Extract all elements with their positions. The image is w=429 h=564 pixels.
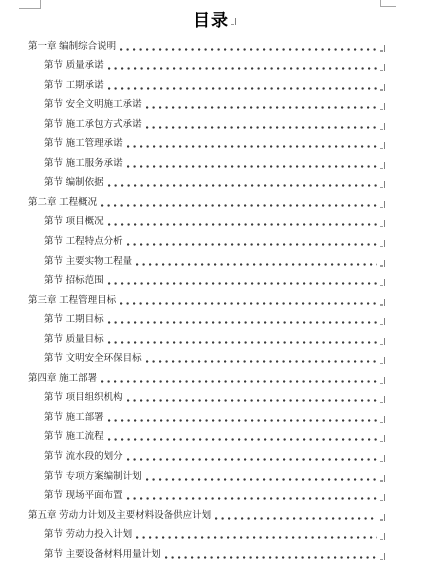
dot-leader-icon [146,360,377,363]
dot-leader-icon [108,184,377,187]
paragraph-mark-icon [380,240,385,247]
toc-entry[interactable]: 第节 流水段的划分 [0,445,429,465]
dot-leader-icon [108,223,377,226]
toc-entry[interactable]: 第一章 编制综合说明 [0,35,429,55]
toc-entry-label: 第二章 工程概况 [28,197,97,208]
paragraph-mark-icon [380,123,385,130]
dot-leader-icon [146,106,377,109]
toc-entry-label: 第节 质量承诺 [44,60,104,71]
toc-entry[interactable]: 第五章 劳动力计划及主要材料设备供应计划 [0,504,429,524]
toc-entry-label: 第节 主要设备材料用量计划 [44,549,161,560]
toc-entry[interactable]: 第节 施工管理承诺 [0,133,429,153]
toc-entry-label: 第节 编制依据 [44,177,104,188]
toc-entry[interactable]: 第节 项目组织机构 [0,387,429,407]
dot-leader-icon [215,517,377,520]
paragraph-mark-icon [380,338,385,345]
toc-entry-label: 第三章 工程管理目标 [28,295,116,306]
toc-entry[interactable]: 第节 文明安全环保目标 [0,348,429,368]
text-boundary-mark-top-left-icon [19,0,41,9]
dot-leader-icon [108,87,377,90]
dot-leader-icon [127,243,377,246]
paragraph-mark-icon [380,103,385,110]
dot-leader-icon [127,458,377,461]
dot-leader-icon [127,399,377,402]
paragraph-mark-icon [380,299,385,306]
dot-leader-icon [108,67,377,70]
toc-entry-label: 第节 工期目标 [44,314,104,325]
toc-entry-label: 第节 安全文明施工承诺 [44,99,142,110]
paragraph-mark-icon [380,142,385,149]
toc-entry[interactable]: 第节 质量承诺 [0,55,429,75]
toc-entry-label: 第节 施工部署 [44,412,104,423]
toc-entry[interactable]: 第节 施工服务承诺 [0,152,429,172]
toc-entry[interactable]: 第节 安全文明施工承诺 [0,94,429,114]
paragraph-mark-icon [380,435,385,442]
paragraph-mark-icon [380,318,385,325]
toc-entry-label: 第节 招标范围 [44,275,104,286]
dot-leader-icon [127,497,377,500]
toc-entry-label: 第节 现场平面布置 [44,490,123,501]
toc-entry-label: 第节 专项方案编制计划 [44,471,142,482]
paragraph-mark-icon [380,84,385,91]
toc-entry[interactable]: 第三章 工程管理目标 [0,289,429,309]
toc-entry[interactable]: 第节 工程特点分析 [0,230,429,250]
toc-entry-label: 第节 施工服务承诺 [44,158,123,169]
paragraph-mark-icon [380,181,385,188]
toc-entry-label: 第节 工期承诺 [44,80,104,91]
dot-leader-icon [127,165,377,168]
paragraph-mark-icon [380,514,385,521]
paragraph-mark-icon [380,377,385,384]
toc-entry-label: 第五章 劳动力计划及主要材料设备供应计划 [28,510,211,521]
dot-leader-icon [108,341,377,344]
dot-leader-icon [146,126,377,129]
paragraph-mark-icon [231,18,236,25]
toc-entry[interactable]: 第节 主要实物工程量 [0,250,429,270]
paragraph-mark-icon [380,533,385,540]
paragraph-mark-icon [380,553,385,560]
toc-entry-label: 第一章 编制综合说明 [28,41,116,52]
toc-entry-label: 第节 项目概况 [44,216,104,227]
dot-leader-icon [101,204,377,207]
toc-entry-label: 第节 工程特点分析 [44,236,123,247]
paragraph-mark-icon [380,455,385,462]
paragraph-mark-icon [380,220,385,227]
paragraph-mark-icon [380,260,385,267]
toc-entry-label: 第四章 施工部署 [28,373,97,384]
paragraph-mark-icon [380,494,385,501]
dot-leader-icon [136,536,377,539]
dot-leader-icon [146,478,377,481]
paragraph-mark-icon [380,475,385,482]
paragraph-mark-icon [380,396,385,403]
toc-entry[interactable]: 第二章 工程概况 [0,191,429,211]
paragraph-mark-icon [380,357,385,364]
toc-entry-label: 第节 主要实物工程量 [44,256,132,267]
toc-entry[interactable]: 第节 项目概况 [0,211,429,231]
toc-entry[interactable]: 第节 招标范围 [0,270,429,290]
dot-leader-icon [120,48,377,51]
paragraph-mark-icon [380,162,385,169]
toc-entry[interactable]: 第节 主要设备材料用量计划 [0,543,429,563]
text-boundary-mark-top-right-icon [380,0,396,7]
paragraph-mark-icon [380,279,385,286]
paragraph-mark-icon [380,64,385,71]
toc-entry-label: 第节 流水段的划分 [44,451,123,462]
dot-leader-icon [108,419,377,422]
toc-entry[interactable]: 第节 质量目标 [0,328,429,348]
dot-leader-icon [101,380,377,383]
page-title: 目录 [193,11,229,31]
dot-leader-icon [136,263,377,266]
dot-leader-icon [127,145,377,148]
paragraph-mark-icon [380,416,385,423]
paragraph-mark-icon [380,45,385,52]
dot-leader-icon [108,438,377,441]
toc-entry[interactable]: 第节 施工部署 [0,406,429,426]
toc-entry-label: 第节 施工管理承诺 [44,138,123,149]
toc-entry[interactable]: 第节 施工流程 [0,426,429,446]
toc-entry[interactable]: 第节 编制依据 [0,172,429,192]
paragraph-mark-icon [380,201,385,208]
toc-entry[interactable]: 第节 劳动力投入计划 [0,524,429,544]
toc-entry-label: 第节 施工承包方式承诺 [44,119,142,130]
toc-entry-label: 第节 项目组织机构 [44,392,123,403]
dot-leader-icon [108,321,377,324]
toc-entry[interactable]: 第节 专项方案编制计划 [0,465,429,485]
document-page: 目录 第一章 编制综合说明 第节 质量承诺 第节 工期承诺 第节 安全文明施工承… [0,0,429,564]
toc-entry-label: 第节 施工流程 [44,431,104,442]
dot-leader-icon [165,556,377,559]
toc-list: 第一章 编制综合说明 第节 质量承诺 第节 工期承诺 第节 安全文明施工承诺 第… [0,35,429,563]
toc-entry-label: 第节 质量目标 [44,334,104,345]
page-title-row: 目录 [0,11,429,31]
dot-leader-icon [120,302,377,305]
dot-leader-icon [108,282,377,285]
toc-entry[interactable]: 第节 工期目标 [0,309,429,329]
toc-entry-label: 第节 文明安全环保目标 [44,353,142,364]
toc-entry-label: 第节 劳动力投入计划 [44,529,132,540]
toc-entry[interactable]: 第节 工期承诺 [0,74,429,94]
toc-entry[interactable]: 第节 施工承包方式承诺 [0,113,429,133]
toc-entry[interactable]: 第四章 施工部署 [0,367,429,387]
toc-entry[interactable]: 第节 现场平面布置 [0,485,429,505]
